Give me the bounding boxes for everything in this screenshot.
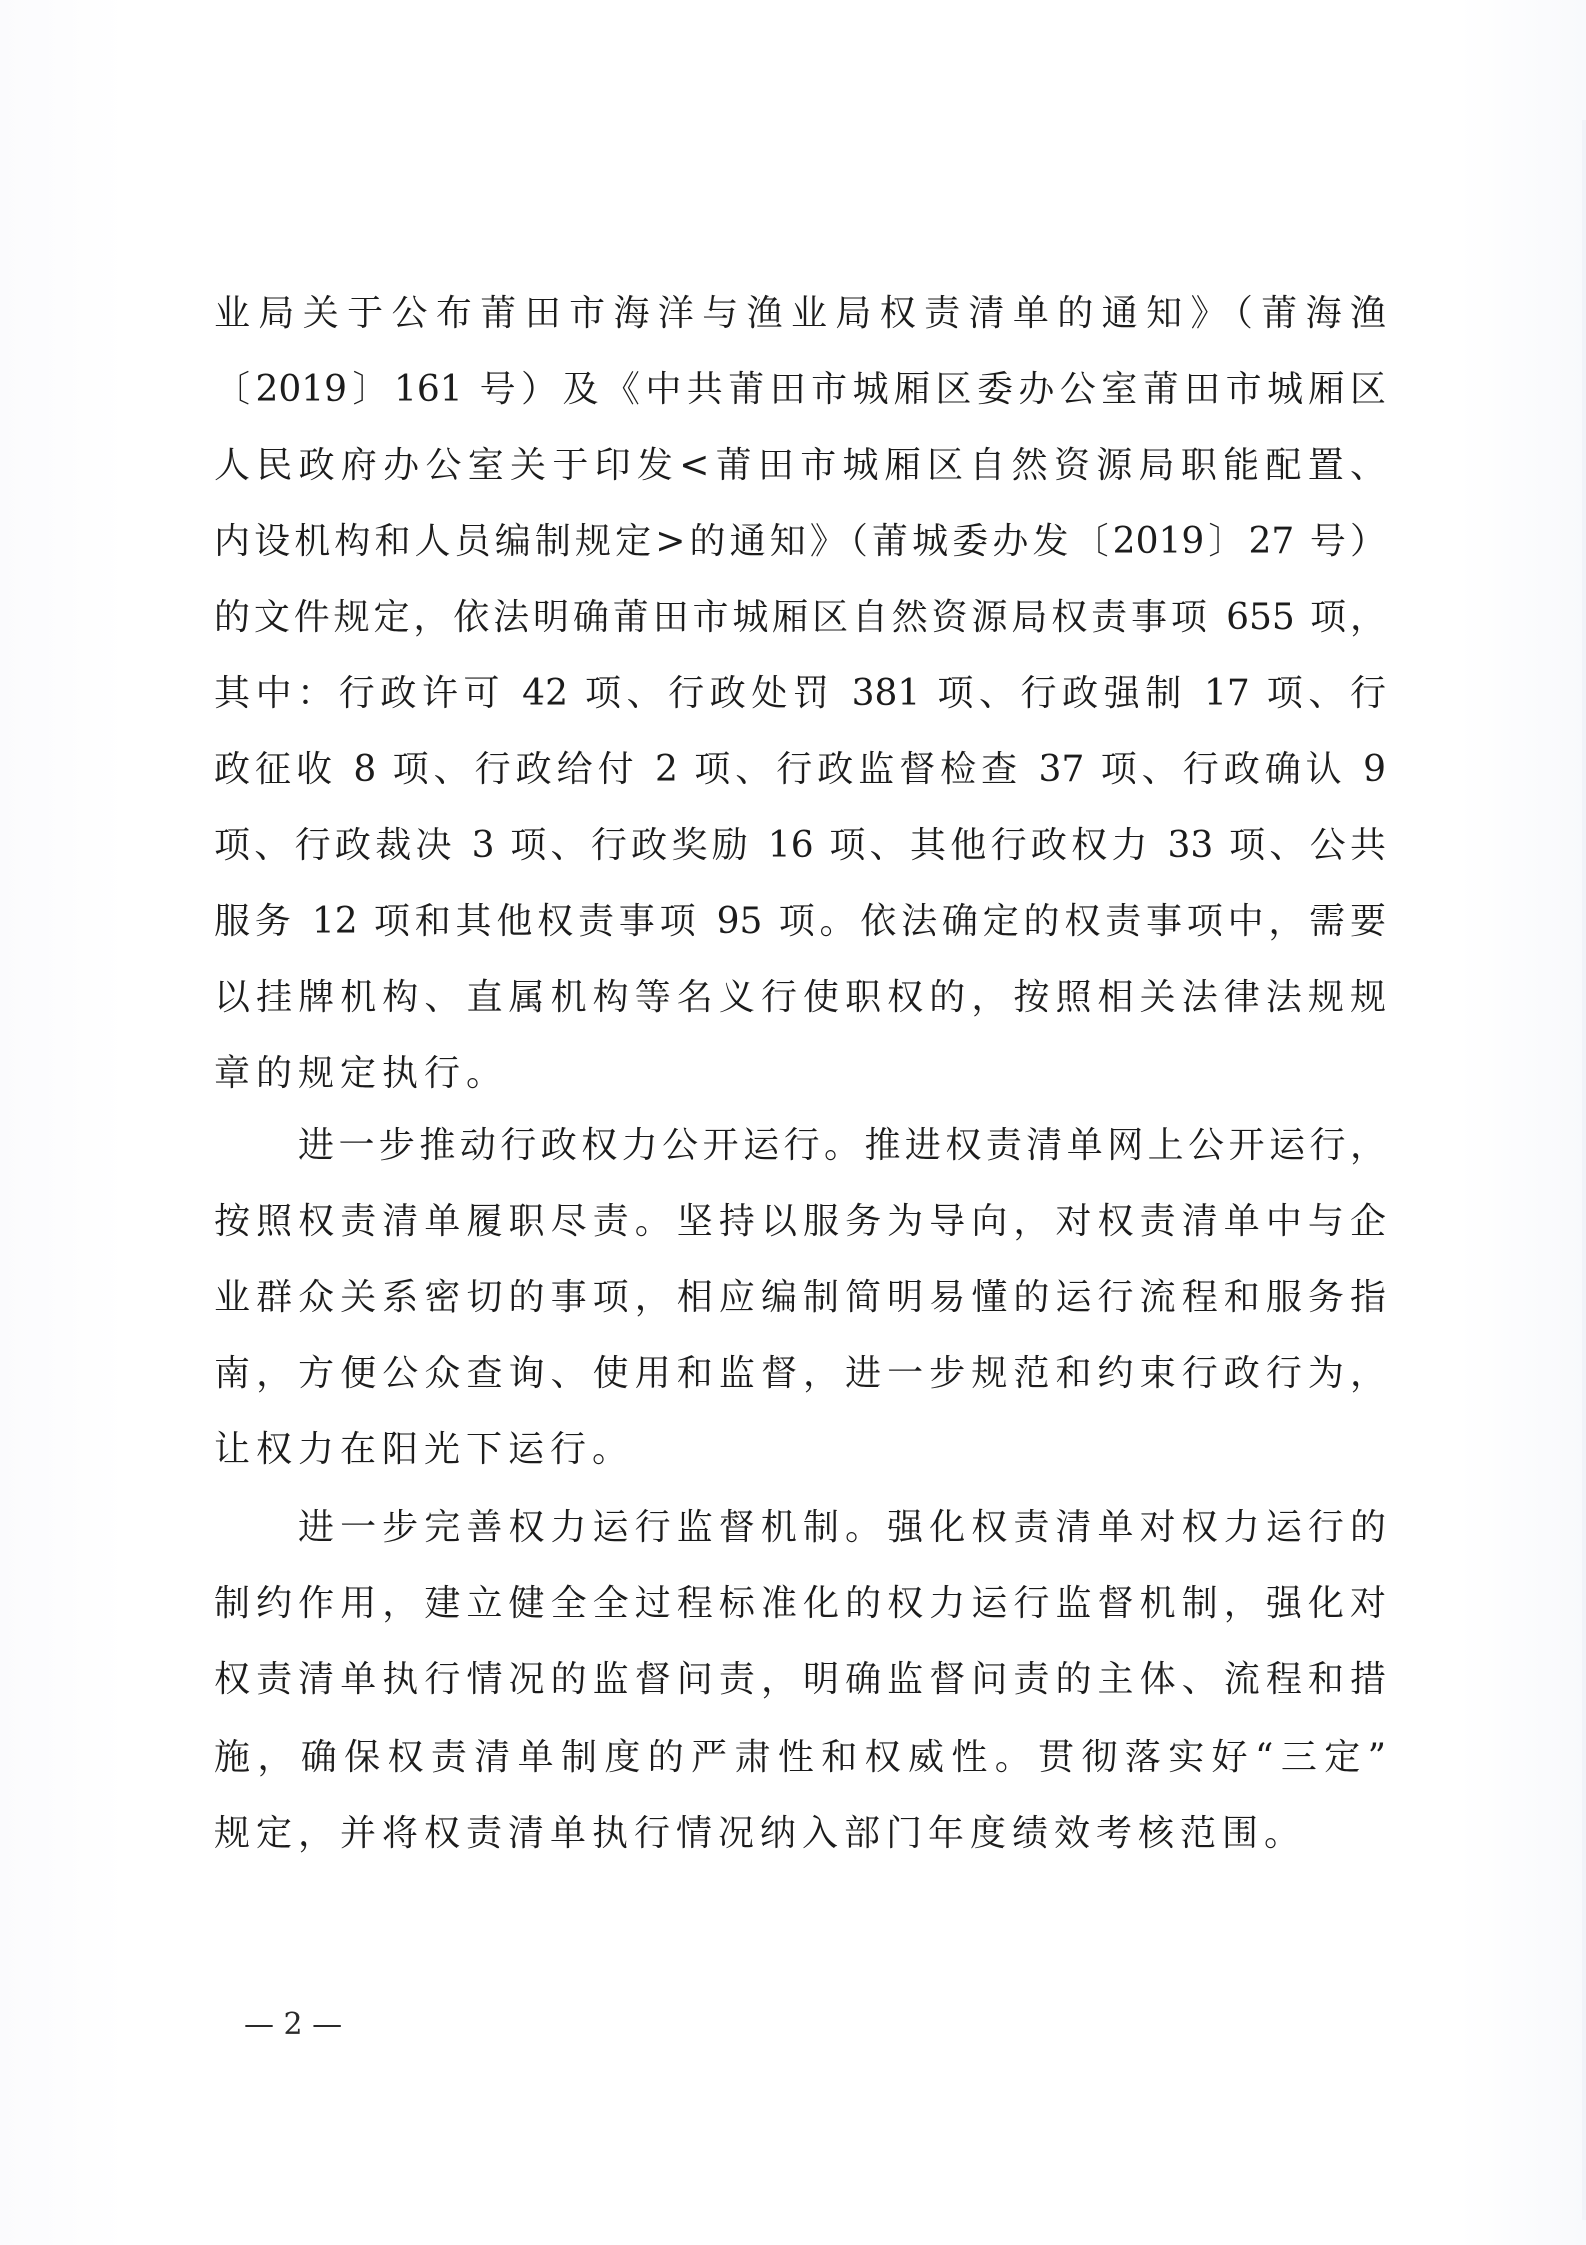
text-line-last: 规定，并将权责清单执行情况纳入部门年度绩效考核范围。 [214,1812,1306,1856]
text-line: 制约作用，建立健全全过程标准化的权力运行监督机制，强化对 [214,1582,1386,1626]
paragraph-first-line: 进一步推动行政权力公开运行。推进权责清单网上公开运行， [298,1124,1386,1168]
page-number: — 2 — [244,2008,342,2042]
text-line: 的文件规定，依法明确莆田市城厢区自然资源局权责事项 655 项， [214,596,1386,640]
document-page: 业局关于公布莆田市海洋与渔业局权责清单的通知》（莆海渔 〔2019〕161 号）… [0,0,1586,2245]
text-line: 南，方便公众查询、使用和监督，进一步规范和约束行政行为， [214,1352,1386,1396]
text-line: 施，确保权责清单制度的严肃性和权威性。贯彻落实好“三定” [214,1736,1386,1780]
text-line: 项、行政裁决 3 项、行政奖励 16 项、其他行政权力 33 项、公共 [214,824,1386,868]
text-line: 内设机构和人员编制规定>的通知》（莆城委办发〔2019〕27 号） [214,520,1386,564]
text-line-last: 让权力在阳光下运行。 [214,1428,634,1472]
paragraph-first-line: 进一步完善权力运行监督机制。强化权责清单对权力运行的 [298,1506,1386,1550]
text-line-last: 章的规定执行。 [214,1052,508,1096]
text-line: 业局关于公布莆田市海洋与渔业局权责清单的通知》（莆海渔 [214,292,1386,336]
text-line: 按照权责清单履职尽责。坚持以服务为导向，对权责清单中与企 [214,1200,1386,1244]
text-line: 以挂牌机构、直属机构等名义行使职权的，按照相关法律法规规 [214,976,1386,1020]
text-line: 业群众关系密切的事项，相应编制简明易懂的运行流程和服务指 [214,1276,1386,1320]
text-line: 人民政府办公室关于印发<莆田市城厢区自然资源局职能配置、 [214,444,1386,488]
text-line: 政征收 8 项、行政给付 2 项、行政监督检查 37 项、行政确认 9 [214,748,1386,792]
scan-edge-shadow [1582,120,1586,2220]
text-line: 服务 12 项和其他权责事项 95 项。依法确定的权责事项中，需要 [214,900,1386,944]
text-line: 权责清单执行情况的监督问责，明确监督问责的主体、流程和措 [214,1658,1386,1702]
text-line: 〔2019〕161 号）及《中共莆田市城厢区委办公室莆田市城厢区 [214,368,1386,412]
text-line: 其中：行政许可 42 项、行政处罚 381 项、行政强制 17 项、行 [214,672,1386,716]
